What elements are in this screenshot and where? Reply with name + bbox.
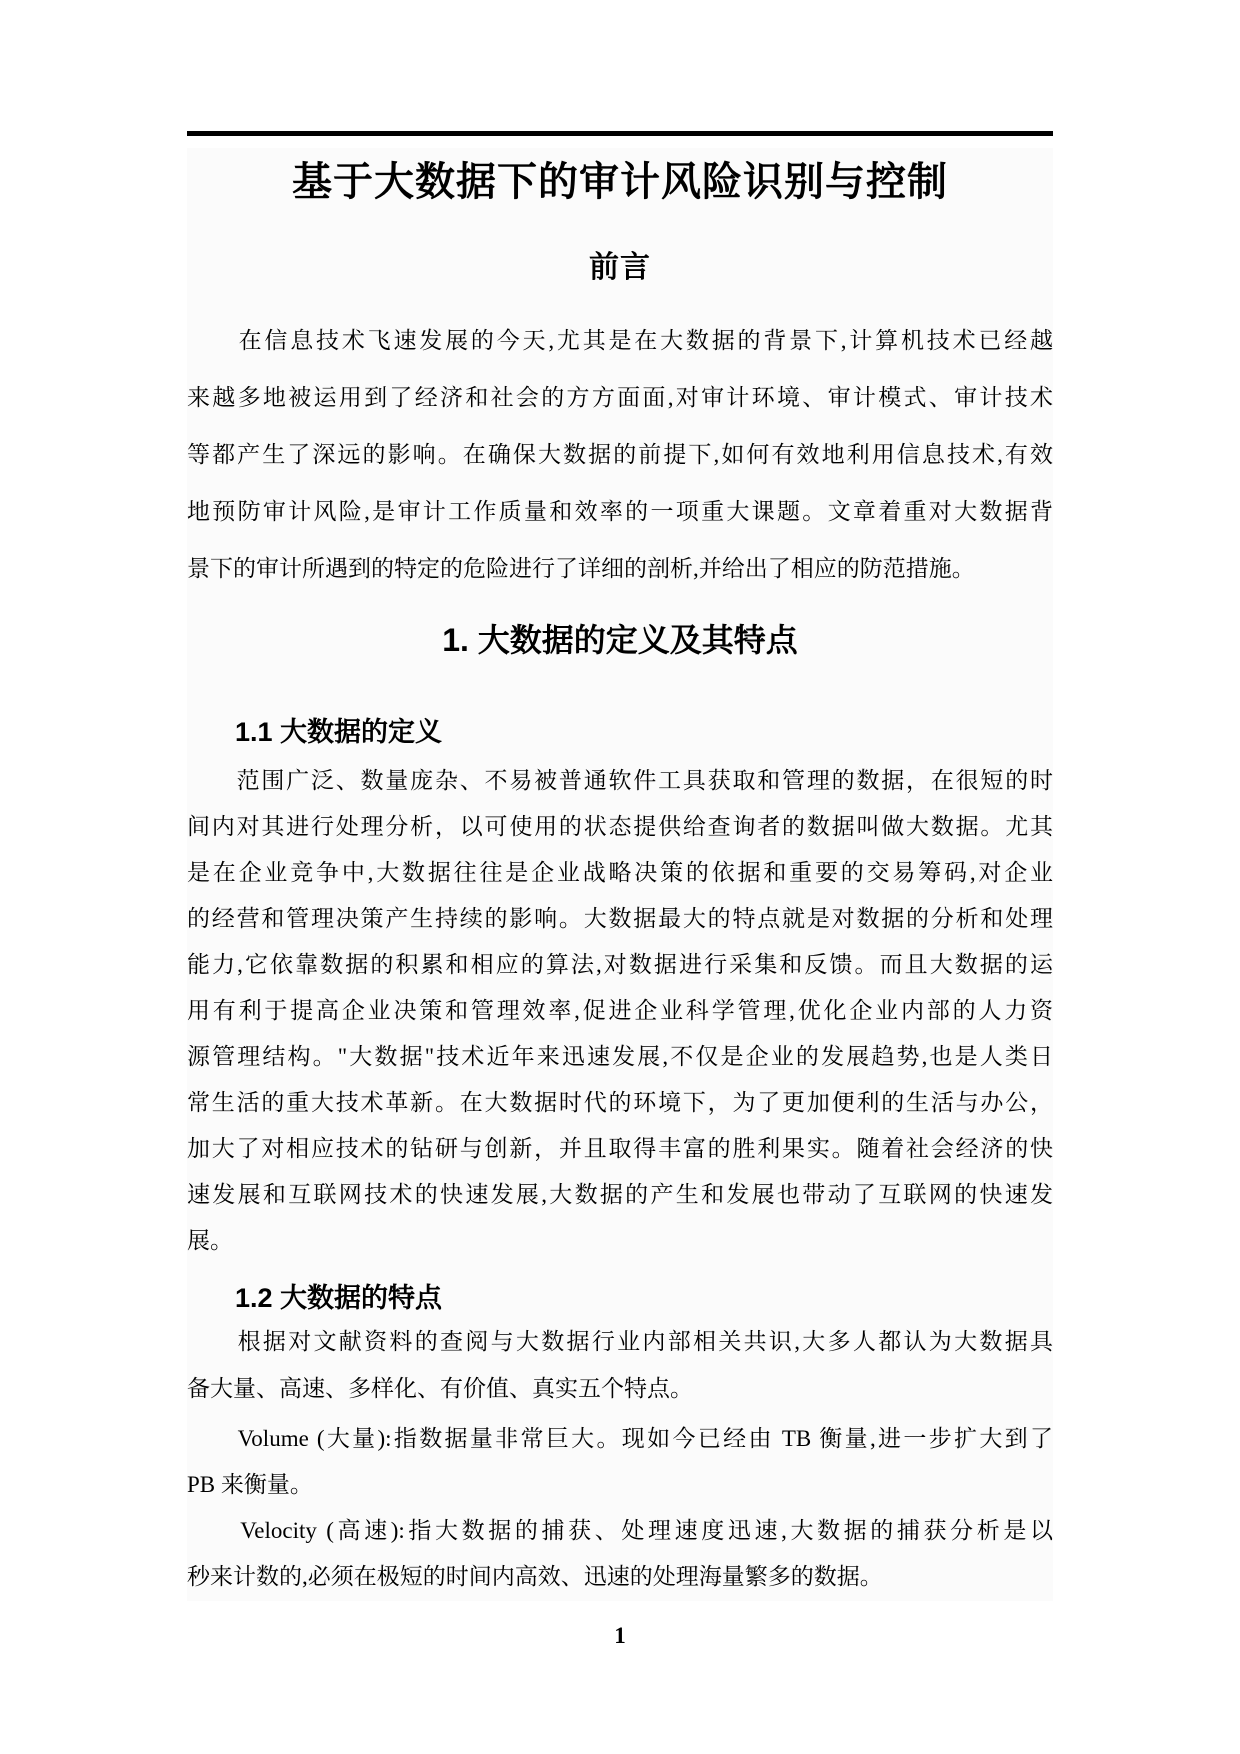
text-line: 等都产生了深远的影响。在确保大数据的前提下,如何有效地利用信息技术,有效 — [187, 426, 1053, 483]
text-line: 间内对其进行处理分析，以可使用的状态提供给查询者的数据叫做大数据。尤其 — [187, 804, 1053, 850]
section-1-heading: 1. 大数据的定义及其特点 — [187, 619, 1053, 661]
text-line: 范围广泛、数量庞杂、不易被普通软件工具获取和管理的数据，在很短的时 — [187, 758, 1053, 804]
text-line: 用有利于提高企业决策和管理效率,促进企业科学管理,优化企业内部的人力资 — [187, 988, 1053, 1034]
text-line: 的经营和管理决策产生持续的影响。大数据最大的特点就是对数据的分析和处理 — [187, 896, 1053, 942]
section-1-2-heading: 1.2 大数据的特点 — [235, 1281, 1053, 1315]
velocity-paragraph: Velocity (高速):指大数据的捕获、处理速度迅速,大数据的捕获分析是以秒… — [187, 1508, 1053, 1600]
document-canvas: 基于大数据下的审计风险识别与控制 前言 在信息技术飞速发展的今天,尤其是在大数据… — [0, 0, 1240, 1754]
preface-paragraph: 在信息技术飞速发展的今天,尤其是在大数据的背景下,计算机技术已经越来越多地被运用… — [187, 312, 1053, 597]
text-line: 景下的审计所遇到的特定的危险进行了详细的剖析,并给出了相应的防范措施。 — [187, 540, 1053, 597]
document-page: 基于大数据下的审计风险识别与控制 前言 在信息技术飞速发展的今天,尤其是在大数据… — [187, 148, 1053, 1601]
text-line: 速发展和互联网技术的快速发展,大数据的产生和发展也带动了互联网的快速发 — [187, 1172, 1053, 1218]
text-line: PB 来衡量。 — [187, 1462, 1053, 1508]
top-divider-rule — [187, 131, 1053, 136]
text-line: Volume (大量):指数据量非常巨大。现如今已经由 TB 衡量,进一步扩大到… — [187, 1416, 1053, 1462]
section-1-2-paragraph: 根据对文献资料的查阅与大数据行业内部相关共识,大多人都认为大数据具备大量、高速、… — [187, 1318, 1053, 1412]
text-line: 加大了对相应技术的钻研与创新，并且取得丰富的胜利果实。随着社会经济的快 — [187, 1126, 1053, 1172]
text-line: 在信息技术飞速发展的今天,尤其是在大数据的背景下,计算机技术已经越 — [187, 312, 1053, 369]
text-line: 来越多地被运用到了经济和社会的方方面面,对审计环境、审计模式、审计技术 — [187, 369, 1053, 426]
page-number: 1 — [187, 1622, 1053, 1650]
preface-heading: 前言 — [187, 250, 1053, 286]
text-line: 常生活的重大技术革新。在大数据时代的环境下，为了更加便利的生活与办公， — [187, 1080, 1053, 1126]
text-line: 备大量、高速、多样化、有价值、真实五个特点。 — [187, 1365, 1053, 1412]
document-title: 基于大数据下的审计风险识别与控制 — [187, 158, 1053, 206]
section-1-1-paragraph: 范围广泛、数量庞杂、不易被普通软件工具获取和管理的数据，在很短的时间内对其进行处… — [187, 758, 1053, 1264]
text-line: 地预防审计风险,是审计工作质量和效率的一项重大课题。文章着重对大数据背 — [187, 483, 1053, 540]
text-line: 展。 — [187, 1218, 1053, 1264]
volume-paragraph: Volume (大量):指数据量非常巨大。现如今已经由 TB 衡量,进一步扩大到… — [187, 1416, 1053, 1508]
text-line: 根据对文献资料的查阅与大数据行业内部相关共识,大多人都认为大数据具 — [187, 1318, 1053, 1365]
text-line: 能力,它依靠数据的积累和相应的算法,对数据进行采集和反馈。而且大数据的运 — [187, 942, 1053, 988]
text-line: Velocity (高速):指大数据的捕获、处理速度迅速,大数据的捕获分析是以 — [187, 1508, 1053, 1554]
text-line: 秒来计数的,必须在极短的时间内高效、迅速的处理海量繁多的数据。 — [187, 1554, 1053, 1600]
text-line: 源管理结构。"大数据"技术近年来迅速发展,不仅是企业的发展趋势,也是人类日 — [187, 1034, 1053, 1080]
section-1-1-heading: 1.1 大数据的定义 — [235, 715, 1053, 749]
text-line: 是在企业竞争中,大数据往往是企业战略决策的依据和重要的交易筹码,对企业 — [187, 850, 1053, 896]
